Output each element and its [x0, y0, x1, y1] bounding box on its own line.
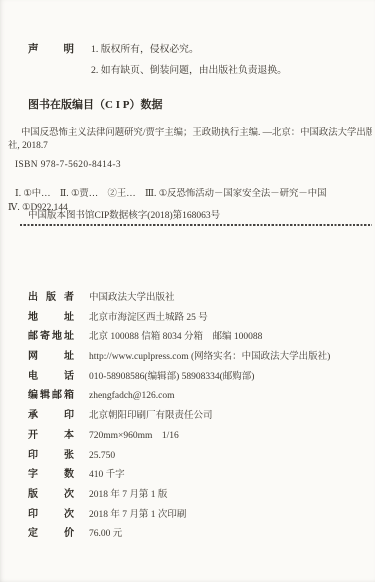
- classification-line-1: Ⅰ. ①中… Ⅱ. ①贾… ②王… Ⅲ. ①反恐怖活动－国家安全法－研究－中国: [8, 188, 372, 201]
- book-copyright-page: 声明 1. 版权所有，侵权必究。 2. 如有缺页、倒装问题，由出版社负责退换。 …: [0, 0, 375, 582]
- colophon-row-word-count: 字数 410 千字: [28, 465, 370, 485]
- row-value: 中国政法大学出版社: [89, 289, 175, 303]
- row-value: zhengfadch@126.com: [89, 391, 175, 401]
- cip-data-block: 中国反恐怖主义法律问题研究/贾宇主编；王政勋执行主编. —北京：中国政法大学出版…: [8, 127, 372, 215]
- row-label: 出版者: [28, 288, 74, 303]
- declaration-section: 声明 1. 版权所有，侵权必究。 2. 如有缺页、倒装问题，由出版社负责退换。: [28, 39, 365, 81]
- row-label: 编辑邮箱: [28, 386, 74, 401]
- row-value: 010-58908586(编辑部) 58908334(邮购部): [89, 368, 254, 382]
- colophon-row-website: 网址 http://www.cuplpress.com (网络实名：中国政法大学…: [28, 347, 370, 367]
- cip-record-number: 中国版本图书馆CIP数据核字(2018)第168063号: [28, 207, 220, 221]
- row-label: 电话: [28, 367, 74, 382]
- row-value: http://www.cuplpress.com (网络实名：中国政法大学出版社…: [89, 348, 330, 362]
- isbn-line: ISBN 978-7-5620-8414-3: [8, 159, 372, 172]
- cip-section-heading: 图书在版编目（C I P）数据: [28, 96, 162, 112]
- colophon-row-address: 地址 北京市海淀区西土城路 25 号: [28, 308, 370, 328]
- colophon-row-edition: 版次 2018 年 7 月第 1 版: [28, 485, 370, 505]
- cip-title-continuation-line: 社, 2018.7: [8, 140, 372, 153]
- colophon-row-impression: 印次 2018 年 7 月第 1 次印刷: [28, 505, 370, 525]
- row-value: 410 千字: [89, 466, 125, 480]
- row-value: 2018 年 7 月第 1 次印刷: [89, 506, 186, 520]
- row-label: 网址: [28, 347, 74, 362]
- row-value: 北京市海淀区西土城路 25 号: [89, 309, 208, 323]
- row-label: 邮寄地址: [28, 327, 74, 342]
- colophon-row-price: 定价 76.00 元: [28, 524, 370, 544]
- row-label: 定价: [28, 524, 74, 539]
- declaration-item: 1. 版权所有，侵权必究。: [91, 39, 287, 60]
- row-value: 2018 年 7 月第 1 版: [89, 486, 167, 500]
- colophon-row-mailing-address: 邮寄地址 北京 100088 信箱 8034 分箱 邮编 100088: [28, 327, 370, 347]
- colophon-row-telephone: 电话 010-58908586(编辑部) 58908334(邮购部): [28, 367, 370, 387]
- declaration-label: 声明: [28, 39, 74, 81]
- colophon-row-editor-email: 编辑邮箱 zhengfadch@126.com: [28, 386, 370, 406]
- row-value: 北京朝阳印刷厂有限责任公司: [89, 407, 213, 421]
- declaration-item: 2. 如有缺页、倒装问题，由出版社负责退换。: [91, 60, 287, 81]
- row-label: 承印: [28, 406, 74, 421]
- colophon-table: 出版者 中国政法大学出版社 地址 北京市海淀区西土城路 25 号 邮寄地址 北京…: [28, 288, 370, 544]
- colophon-row-printer: 承印 北京朝阳印刷厂有限责任公司: [28, 406, 370, 426]
- row-label: 印次: [28, 505, 74, 520]
- row-label: 印张: [28, 446, 74, 461]
- row-label: 字数: [28, 465, 74, 480]
- declaration-items: 1. 版权所有，侵权必究。 2. 如有缺页、倒装问题，由出版社负责退换。: [91, 39, 287, 81]
- colophon-row-publisher: 出版者 中国政法大学出版社: [28, 288, 370, 308]
- dashed-divider: [20, 224, 372, 226]
- row-label: 地址: [28, 308, 74, 323]
- colophon-row-format: 开本 720mm×960mm 1/16: [28, 426, 370, 446]
- colophon-row-sheets: 印张 25.750: [28, 446, 370, 466]
- row-label: 开本: [28, 426, 74, 441]
- row-value: 720mm×960mm 1/16: [89, 427, 179, 441]
- row-value: 76.00 元: [89, 525, 122, 539]
- row-label: 版次: [28, 485, 74, 500]
- row-value: 25.750: [89, 451, 115, 461]
- row-value: 北京 100088 信箱 8034 分箱 邮编 100088: [89, 328, 262, 342]
- cip-title-line: 中国反恐怖主义法律问题研究/贾宇主编；王政勋执行主编. —北京：中国政法大学出版: [8, 127, 372, 140]
